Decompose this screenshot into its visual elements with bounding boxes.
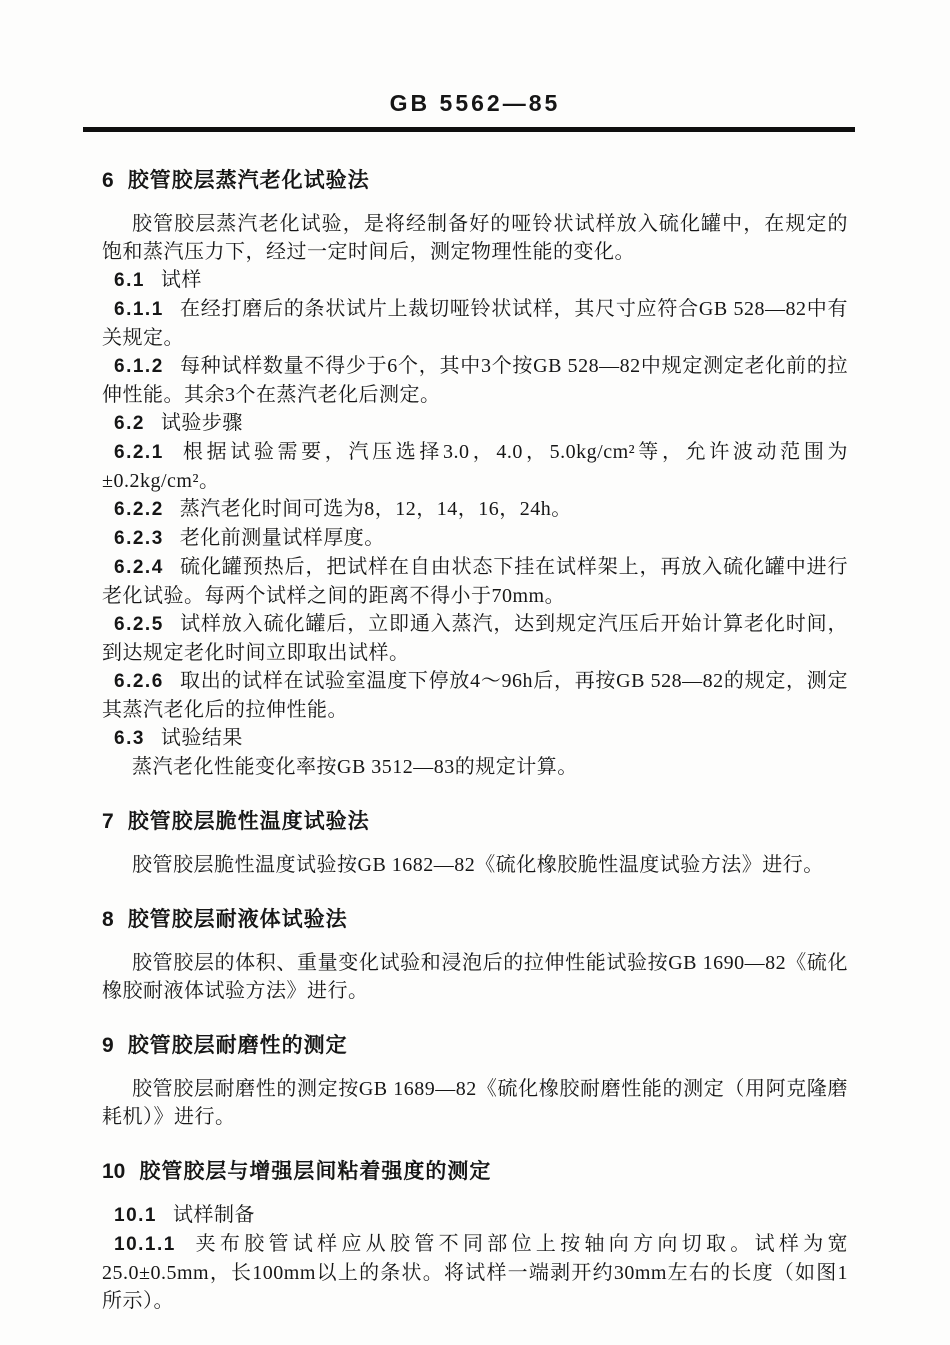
clause: 6.2.5试样放入硫化罐后，立即通入蒸汽，达到规定汽压后开始计算老化时间，到达规…	[102, 610, 848, 667]
clause-number: 10.1	[114, 1205, 157, 1226]
paragraph: 胶管胶层耐磨性的测定按GB 1689—82《硫化橡胶耐磨性能的测定（用阿克隆磨耗…	[102, 1075, 848, 1131]
chapter-title: 胶管胶层蒸汽老化试验法	[128, 169, 370, 192]
clause-text: 试验步骤	[161, 412, 243, 434]
clause: 6.2.4硫化罐预热后，把试样在自由状态下挂在试样架上，再放入硫化罐中进行老化试…	[102, 553, 848, 610]
clause-number: 6.2.1	[114, 442, 164, 463]
clause-text: 在经打磨后的条状试片上裁切哑铃状试样，其尺寸应符合GB 528—82中有关规定。	[102, 298, 848, 349]
clause-number: 6.3	[114, 728, 145, 749]
clause-number: 6.2	[114, 413, 145, 434]
clause-text: 每种试样数量不得少于6个，其中3个按GB 528—82中规定测定老化前的拉伸性能…	[102, 355, 848, 406]
clause-text: 根据试验需要，汽压选择3.0，4.0，5.0kg/cm²等，允许波动范围为±0.…	[102, 441, 848, 492]
chapter-heading: 6胶管胶层蒸汽老化试验法	[102, 166, 848, 196]
clause-text: 试样	[161, 269, 202, 291]
clause: 6.2.3老化前测量试样厚度。	[102, 524, 848, 553]
clause-text: 试样制备	[173, 1204, 255, 1226]
clause-number: 6.1	[114, 270, 145, 291]
chapter-title: 胶管胶层脆性温度试验法	[128, 810, 370, 833]
clause: 6.2.2蒸汽老化时间可选为8，12，14，16，24h。	[102, 495, 848, 524]
clause: 6.1.1在经打磨后的条状试片上裁切哑铃状试样，其尺寸应符合GB 528—82中…	[102, 295, 848, 352]
clause: 6.1.2每种试样数量不得少于6个，其中3个按GB 528—82中规定测定老化前…	[102, 352, 848, 409]
chapter-heading: 8胶管胶层耐液体试验法	[102, 905, 848, 935]
chapter-title: 胶管胶层耐磨性的测定	[128, 1034, 348, 1057]
paragraph: 蒸汽老化性能变化率按GB 3512—83的规定计算。	[102, 753, 848, 781]
clause: 10.1.1夹布胶管试样应从胶管不同部位上按轴向方向切取。试样为宽25.0±0.…	[102, 1230, 848, 1315]
scanned-document-page: GB 5562—85 6胶管胶层蒸汽老化试验法胶管胶层蒸汽老化试验，是将经制备好…	[0, 0, 950, 1345]
clause-text: 取出的试样在试验室温度下停放4～96h后，再按GB 528—82的规定，测定其蒸…	[102, 670, 848, 721]
clause: 6.1试样	[102, 266, 848, 295]
clause-text: 老化前测量试样厚度。	[180, 527, 385, 549]
chapter-number: 10	[102, 1160, 125, 1183]
clause-text: 试样放入硫化罐后，立即通入蒸汽，达到规定汽压后开始计算老化时间，到达规定老化时间…	[102, 613, 848, 664]
clause-number: 6.1.2	[114, 356, 164, 377]
chapter-title: 胶管胶层耐液体试验法	[128, 908, 348, 931]
standard-number-header: GB 5562—85	[0, 90, 950, 117]
chapter-heading: 9胶管胶层耐磨性的测定	[102, 1031, 848, 1061]
clause-number: 6.2.6	[114, 671, 164, 692]
header-rule	[83, 127, 855, 132]
chapter-heading: 7胶管胶层脆性温度试验法	[102, 807, 848, 837]
clause: 6.2.1根据试验需要，汽压选择3.0，4.0，5.0kg/cm²等，允许波动范…	[102, 438, 848, 495]
chapter-number: 6	[102, 169, 114, 192]
document-body: 6胶管胶层蒸汽老化试验法胶管胶层蒸汽老化试验，是将经制备好的哑铃状试样放入硫化罐…	[102, 160, 848, 1315]
clause-number: 6.2.3	[114, 528, 164, 549]
clause-text: 蒸汽老化时间可选为8，12，14，16，24h。	[180, 498, 572, 520]
clause: 6.2试验步骤	[102, 409, 848, 438]
paragraph: 胶管胶层脆性温度试验按GB 1682—82《硫化橡胶脆性温度试验方法》进行。	[102, 851, 848, 879]
paragraph: 胶管胶层蒸汽老化试验，是将经制备好的哑铃状试样放入硫化罐中，在规定的饱和蒸汽压力…	[102, 210, 848, 266]
clause-text: 试验结果	[161, 727, 243, 749]
chapter-number: 8	[102, 908, 114, 931]
clause: 10.1试样制备	[102, 1201, 848, 1230]
chapter-title: 胶管胶层与增强层间粘着强度的测定	[139, 1160, 491, 1183]
clause-number: 6.2.2	[114, 499, 164, 520]
chapter-heading: 10胶管胶层与增强层间粘着强度的测定	[102, 1157, 848, 1187]
clause-number: 6.2.5	[114, 614, 164, 635]
clause-number: 6.1.1	[114, 299, 164, 320]
paragraph: 胶管胶层的体积、重量变化试验和浸泡后的拉伸性能试验按GB 1690—82《硫化橡…	[102, 949, 848, 1005]
clause: 6.2.6取出的试样在试验室温度下停放4～96h后，再按GB 528—82的规定…	[102, 667, 848, 724]
chapter-number: 9	[102, 1034, 114, 1057]
clause-number: 10.1.1	[114, 1234, 176, 1255]
clause-number: 6.2.4	[114, 557, 164, 578]
chapter-number: 7	[102, 810, 114, 833]
clause-text: 夹布胶管试样应从胶管不同部位上按轴向方向切取。试样为宽25.0±0.5mm，长1…	[102, 1233, 848, 1312]
clause: 6.3试验结果	[102, 724, 848, 753]
clause-text: 硫化罐预热后，把试样在自由状态下挂在试样架上，再放入硫化罐中进行老化试验。每两个…	[102, 556, 848, 607]
